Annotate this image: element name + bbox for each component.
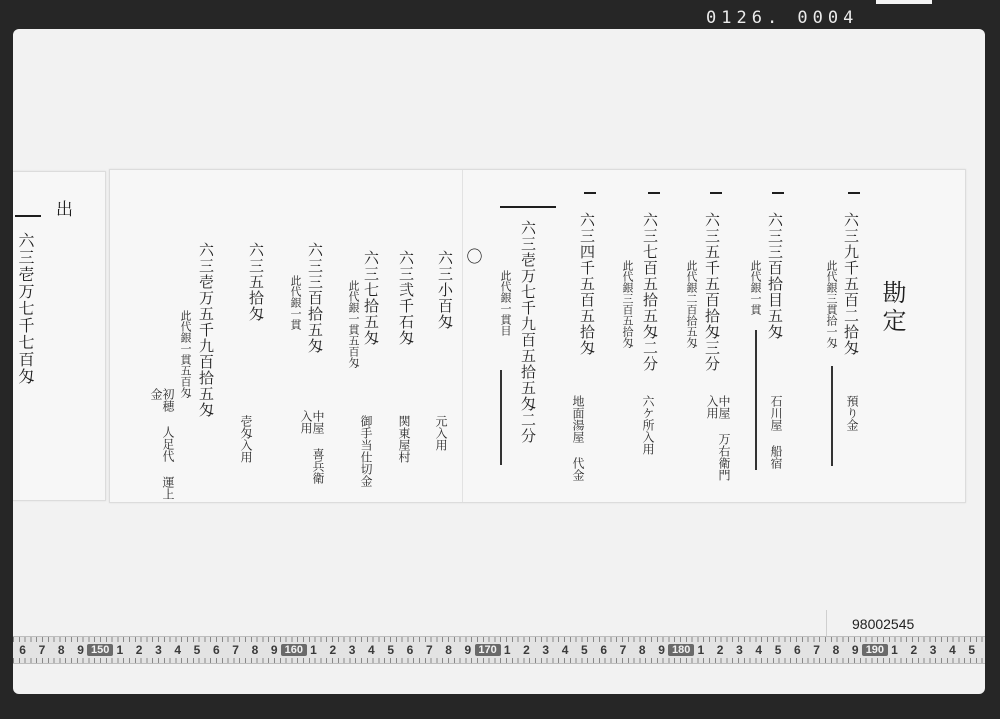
reel-frame-code: 0126. 0004 xyxy=(706,8,858,28)
item-mark xyxy=(710,192,722,194)
ruler-label: 6 xyxy=(400,643,419,657)
ruler-label: 8 xyxy=(245,643,264,657)
ruler-label: 2 xyxy=(323,643,342,657)
item-mark xyxy=(848,192,860,194)
entry-detail: 此代銀一貫五百匁 xyxy=(180,310,191,398)
ruler-label: 2 xyxy=(711,643,730,657)
entry-amount: 六三四千五百五拾匁 xyxy=(579,212,594,356)
ruler-label: 1 xyxy=(498,643,517,657)
ruler-label: 1 xyxy=(110,643,129,657)
document-heading: 勘定 xyxy=(880,280,904,336)
ruler-label: 2 xyxy=(517,643,536,657)
ruler-label: 3 xyxy=(149,643,168,657)
entry-amount: 六三三百拾五匁 xyxy=(307,242,322,354)
ruler-label: 3 xyxy=(730,643,749,657)
ruler-label: 4 xyxy=(168,643,187,657)
ledger-line xyxy=(831,366,833,466)
item-mark xyxy=(15,215,41,217)
scan-light-tray: 出 六三壱万七千七百匁 勘定 六三九千五百二拾匁 此代銀三貫拾一匁 預り金 六三… xyxy=(13,29,985,694)
ledger-line xyxy=(500,370,502,465)
entry-note: 石川屋 船宿 xyxy=(770,395,782,469)
ruler-label: 2 xyxy=(129,643,148,657)
ruler-ticks-bottom xyxy=(13,658,985,663)
fragment-heading: 出 xyxy=(53,200,70,221)
main-ledger-sheet: 勘定 六三九千五百二拾匁 此代銀三貫拾一匁 預り金 六三三百拾目五匁 此代銀一貫… xyxy=(109,169,966,503)
ruler-label: 7 xyxy=(420,643,439,657)
ruler-label: 8 xyxy=(52,643,71,657)
entry-amount: 六三小百匁 xyxy=(437,250,452,330)
ruler-label: 1 xyxy=(304,643,323,657)
entry-detail: 此代銀一貫五百匁 xyxy=(348,280,359,368)
ruler-label: 8 xyxy=(439,643,458,657)
entry-note: 元入用 xyxy=(435,415,447,451)
ruler-label: 6 xyxy=(594,643,613,657)
corner-tab xyxy=(876,0,932,4)
entry-note: 関東屋村 xyxy=(398,415,410,463)
entry-amount: 六三壱万七千九百五拾五匁二分 xyxy=(520,220,535,444)
entry-amount: 六三五千五百拾匁三分 xyxy=(704,212,719,372)
ruler-label: 5 xyxy=(768,643,787,657)
entry-detail: 此代銀一貫 xyxy=(750,260,761,315)
entry-amount: 六三七拾五匁 xyxy=(363,250,378,346)
ruler-label: 8 xyxy=(633,643,652,657)
ruler-label: 7 xyxy=(807,643,826,657)
ruler-label: 6 xyxy=(13,643,32,657)
entry-note: 預り金 xyxy=(846,395,858,431)
entry-amount: 六三五拾匁 xyxy=(248,242,263,322)
entry-amount: 六三七百五拾五匁二分 xyxy=(642,212,657,372)
entry-note: 中屋 喜兵衛 入用 xyxy=(300,410,324,502)
entry-amount: 六三壱万五千九百拾五匁 xyxy=(198,242,213,418)
entry-note: 中屋 万右衛門 入用 xyxy=(706,395,730,502)
item-mark xyxy=(584,192,596,194)
item-mark xyxy=(500,206,556,208)
entry-amount: 六三三百拾目五匁 xyxy=(767,212,782,340)
page-fold xyxy=(462,170,463,502)
accession-number: 98002545 xyxy=(852,616,914,632)
side-mark: 〇 xyxy=(465,248,481,265)
item-mark xyxy=(648,192,660,194)
entry-detail: 此代銀二百拾五匁 xyxy=(686,260,697,348)
ruler-label: 5 xyxy=(962,643,981,657)
ruler-label: 3 xyxy=(536,643,555,657)
ruler-label: 4 xyxy=(362,643,381,657)
entry-amount: 六三弐千石匁 xyxy=(398,250,413,346)
item-mark xyxy=(772,192,784,194)
ruler-label: 4 xyxy=(555,643,574,657)
ruler-label: 8 xyxy=(826,643,845,657)
entry-detail: 此代銀三百五拾匁 xyxy=(622,260,633,348)
measurement-ruler: 6789150123456789160123456789170123456789… xyxy=(13,636,985,664)
entry-detail: 此代銀三貫拾一匁 xyxy=(826,260,837,348)
ruler-label: 2 xyxy=(904,643,923,657)
ruler-label: 7 xyxy=(32,643,51,657)
entry-note: 御手当仕切金 xyxy=(360,415,372,487)
entry-note: 壱匁入用 xyxy=(240,415,252,463)
ruler-label: 1 xyxy=(885,643,904,657)
ruler-label: 5 xyxy=(575,643,594,657)
entry-detail: 此代銀一貫目 xyxy=(500,270,511,336)
entry-note: 六ケ所入用 xyxy=(642,395,654,455)
accession-divider xyxy=(826,610,827,636)
entry-note: 初穂 人足代 運上金 xyxy=(150,388,174,502)
ruler-labels: 6789150123456789160123456789170123456789… xyxy=(13,642,981,658)
fragment-amount: 六三壱万七千七百匁 xyxy=(17,232,33,385)
ruler-label: 1 xyxy=(691,643,710,657)
ruler-label: 6 xyxy=(788,643,807,657)
ruler-label: 6 xyxy=(207,643,226,657)
entry-amount: 六三九千五百二拾匁 xyxy=(843,212,858,356)
ruler-label: 5 xyxy=(187,643,206,657)
ruler-label: 3 xyxy=(923,643,942,657)
left-sheet-fragment: 出 六三壱万七千七百匁 xyxy=(13,171,106,501)
ruler-label: 5 xyxy=(381,643,400,657)
ruler-label: 7 xyxy=(226,643,245,657)
ledger-line xyxy=(755,330,757,470)
ruler-label: 7 xyxy=(613,643,632,657)
ruler-label: 4 xyxy=(943,643,962,657)
ruler-label: 4 xyxy=(749,643,768,657)
entry-detail: 此代銀一貫 xyxy=(290,275,301,330)
entry-note: 地面湯屋 代金 xyxy=(572,395,584,481)
ruler-label: 3 xyxy=(342,643,361,657)
